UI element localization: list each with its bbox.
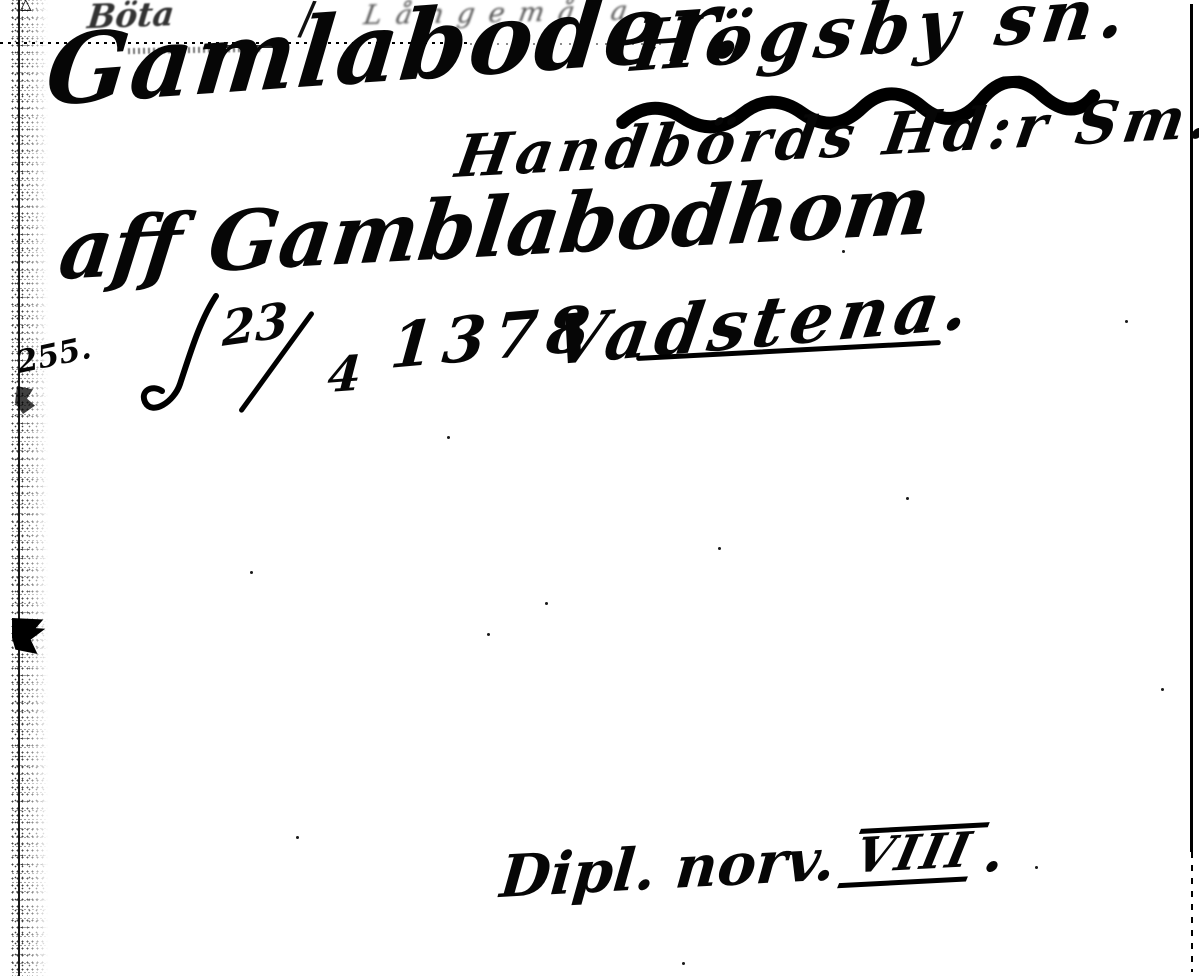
source-reference-volume: VIII [837,822,989,888]
noise-dot [682,962,685,965]
scan-edge-line-right-dashed [1191,852,1193,972]
scanned-card: △ Böta / Långemåla Gamlaboder. Högsby sn… [0,0,1199,976]
source-reference: Dipl. norv.VIII. [498,821,1006,906]
noise-dot [487,633,490,636]
noise-dot [1035,866,1038,869]
noise-dot [1161,688,1164,691]
scan-edge-line-left [18,0,20,976]
issue-place: Vadstena. [548,270,980,376]
noise-dot [1125,320,1128,323]
corner-mark-artifact: △ [20,0,32,12]
noise-dot [545,602,548,605]
date-day: 23 [222,296,288,354]
parish-name: Högsby sn. [628,0,1137,82]
source-reference-abbr: Dipl. norv. [498,825,838,911]
date-month: 4 [326,349,363,400]
noise-dot [842,250,845,253]
noise-dot [718,547,721,550]
noise-dot [906,497,909,500]
noise-dot [296,836,299,839]
noise-dot [447,436,450,439]
historical-form-quote: aff Gamblabodhom [55,164,935,292]
noise-dot [250,571,253,574]
scan-edge-speckle-left [10,0,48,976]
